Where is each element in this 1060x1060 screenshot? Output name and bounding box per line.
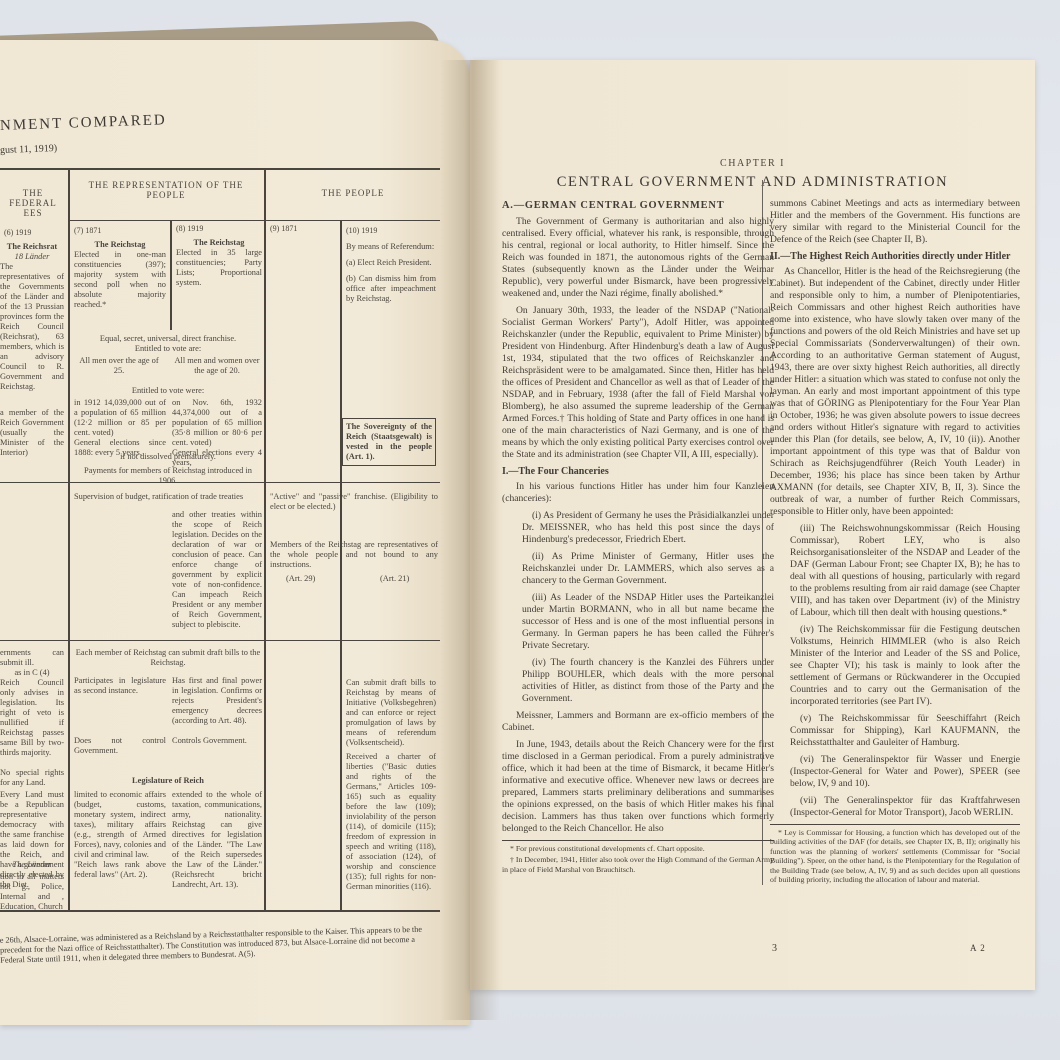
limited-text: limited to economic affairs (budget, cus… bbox=[74, 790, 166, 880]
page-number: 3 bbox=[772, 943, 777, 954]
col-7-num: (7) 1871 bbox=[74, 226, 101, 236]
list-item: (vi) The Generalinspektor für Wasser und… bbox=[770, 754, 1020, 790]
treaties-text: and other treaties within the scope of R… bbox=[172, 510, 262, 630]
chapter-label: CHAPTER I bbox=[470, 158, 1035, 169]
dissolved-text: if not dissolved prematurely. bbox=[74, 452, 262, 462]
text-column-left: A.—GERMAN CENTRAL GOVERNMENT The Governm… bbox=[502, 198, 774, 876]
sovereignty-box: The Sovereignty of the Reich (Staatsgewa… bbox=[342, 418, 436, 466]
list-item: (iv) The Reichskommissar für die Festigu… bbox=[770, 624, 1020, 708]
col-9-num: (9) 1871 bbox=[270, 224, 297, 234]
paragraph: As Chancellor, Hitler is the head of the… bbox=[770, 266, 1020, 518]
controls-text: Controls Government. bbox=[172, 736, 262, 746]
entitled-were: Entitled to vote were: bbox=[74, 386, 262, 396]
reichsrat-cell: The Reichsrat 18 Länder The representati… bbox=[0, 242, 64, 458]
table-divider bbox=[170, 220, 172, 330]
col-8-num: (8) 1919 bbox=[176, 224, 203, 234]
signature-mark: A 2 bbox=[970, 943, 986, 953]
header-representation: THE REPRESENTATION OF THE PEOPLE bbox=[72, 180, 260, 200]
art-21: (Art. 21) bbox=[380, 574, 409, 584]
active-passive-text: "Active" and "passive" franchise. (Eligi… bbox=[270, 492, 438, 512]
left-page: NMENT COMPARED gust 11, 1919) THE FEDERA… bbox=[0, 40, 470, 1025]
draft-bills-text: Can submit draft bills to Reichstag by m… bbox=[346, 678, 436, 748]
paragraph: Meissner, Lammers and Bormann are ex-off… bbox=[502, 710, 774, 734]
header-federal: THE FEDERAL EES bbox=[0, 188, 66, 218]
list-item: (ii) As Prime Minister of Germany, Hitle… bbox=[502, 551, 774, 587]
col-10-num: (10) 1919 bbox=[346, 226, 377, 236]
left-page-title: NMENT COMPARED bbox=[0, 112, 167, 135]
first-final-text: Has first and final power in legislation… bbox=[172, 676, 262, 726]
section-i-heading: I.—The Four Chanceries bbox=[502, 466, 774, 478]
paragraph: On January 30th, 1933, the leader of the… bbox=[502, 305, 774, 461]
text-column-right: summons Cabinet Meetings and acts as int… bbox=[770, 198, 1020, 886]
table-rule bbox=[0, 640, 440, 641]
reichstag-1919-cell: The Reichstag Elected in 35 large consti… bbox=[176, 238, 262, 288]
art-29: (Art. 29) bbox=[286, 574, 315, 584]
paragraph: In June, 1943, details about the Reich C… bbox=[502, 739, 774, 835]
left-page-footnote: e 26th, Alsace-Lorraine, was administere… bbox=[0, 924, 440, 966]
header-people: THE PEOPLE bbox=[268, 188, 438, 198]
paragraph: In his various functions Hitler has unde… bbox=[502, 481, 774, 505]
lander-text: tion in all matters not g., Police, Inte… bbox=[0, 872, 64, 912]
book-spine-shadow bbox=[440, 60, 500, 1020]
table-divider bbox=[68, 170, 70, 910]
table-rule bbox=[68, 220, 440, 221]
chapter-title: CENTRAL GOVERNMENT AND ADMINISTRATION bbox=[470, 174, 1035, 191]
members-text: Members of the Reichstag are representat… bbox=[270, 540, 438, 570]
list-item: (iii) The Reichswohnungskommissar (Reich… bbox=[770, 523, 1020, 619]
footnotes: * For previous constitutional developmen… bbox=[502, 840, 774, 874]
constitution-comparison-table: THE FEDERAL EES THE REPRESENTATION OF TH… bbox=[0, 168, 440, 912]
payments-text: Payments for members of Reichstag introd… bbox=[74, 466, 262, 486]
charter-text: Received a charter of liberties ("Basic … bbox=[346, 752, 436, 892]
age-1919: All men and women over the age of 20. bbox=[172, 356, 262, 376]
list-item: (vii) The Generalinspektor für das Kraft… bbox=[770, 795, 1020, 819]
footnotes: * Ley is Commissar for Housing, a functi… bbox=[770, 824, 1020, 884]
lander-heading: The Länder bbox=[0, 860, 64, 870]
extended-text: extended to the whole of taxation, commu… bbox=[172, 790, 262, 890]
list-item: (iii) As Leader of the NSDAP Hitler uses… bbox=[502, 592, 774, 652]
age-1871: All men over the age of 25. bbox=[74, 356, 164, 376]
participates-text: Participates in legislature as second in… bbox=[74, 676, 166, 696]
right-page: CHAPTER I CENTRAL GOVERNMENT AND ADMINIS… bbox=[470, 60, 1035, 990]
each-member-text: Each member of Reichstag can submit draf… bbox=[74, 648, 262, 668]
list-item: (iv) The fourth chancery is the Kanzlei … bbox=[502, 657, 774, 705]
federal-legislation-cell: ernments can submit ill. as in C (4) Rei… bbox=[0, 648, 64, 788]
col-6-num: (6) 1919 bbox=[4, 228, 31, 238]
list-item: (v) The Reichskommissar für Seeschiffahr… bbox=[770, 713, 1020, 749]
paragraph: The Government of Germany is authoritari… bbox=[502, 216, 774, 300]
franchise-text: Equal, secret, universal, direct franchi… bbox=[74, 334, 262, 354]
left-page-subtitle: gust 11, 1919) bbox=[0, 143, 57, 156]
paragraph: summons Cabinet Meetings and acts as int… bbox=[770, 198, 1020, 246]
section-a-heading: A.—GERMAN CENTRAL GOVERNMENT bbox=[502, 200, 774, 212]
list-item: (i) As President of Germany he uses the … bbox=[502, 510, 774, 546]
budget-text: Supervision of budget, ratification of t… bbox=[74, 492, 262, 502]
section-ii-heading: II.—The Highest Reich Authorities direct… bbox=[770, 251, 1020, 263]
referendum-cell: By means of Referendum: (a) Elect Reich … bbox=[346, 242, 436, 304]
table-divider bbox=[264, 170, 266, 910]
vote-1912: in 1912 14,039,000 out of a population o… bbox=[74, 398, 166, 458]
legislature-heading: Legislature of Reich bbox=[74, 776, 262, 786]
not-control-text: Does not control Government. bbox=[74, 736, 166, 756]
reichstag-1871-cell: The Reichstag Elected in one-man constit… bbox=[74, 240, 166, 310]
